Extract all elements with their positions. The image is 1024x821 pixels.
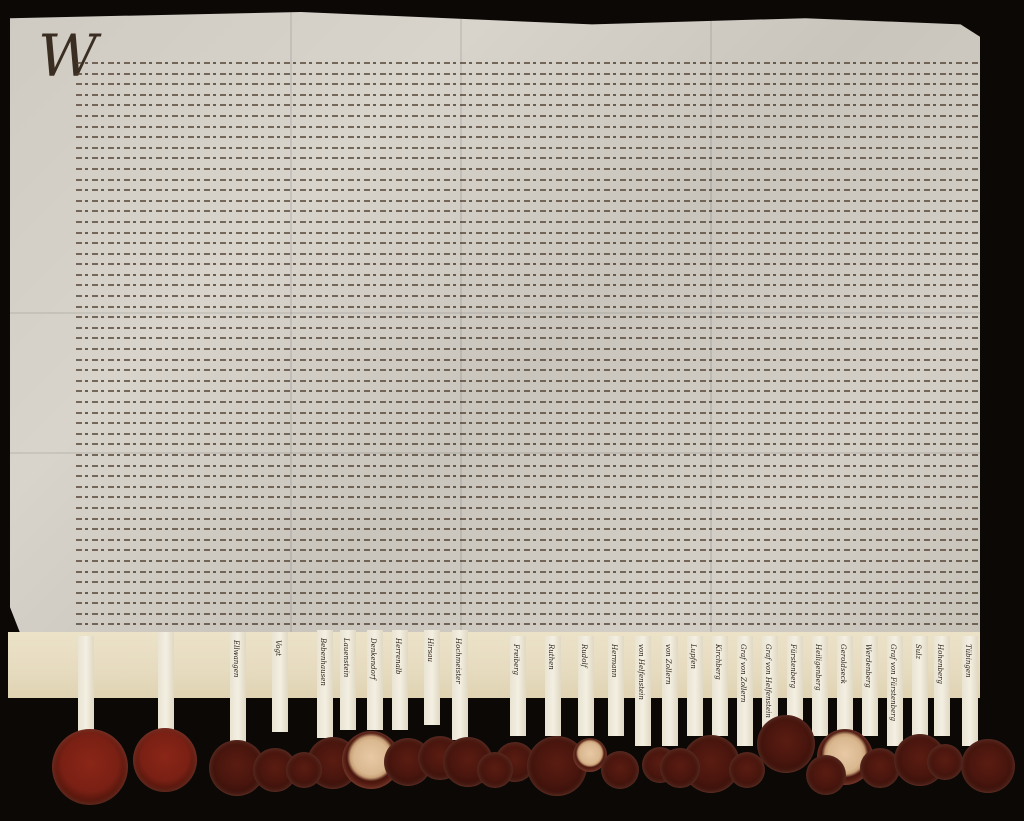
seal-tag: Hochmeister bbox=[452, 630, 468, 740]
text-line bbox=[76, 602, 981, 604]
seal-tag-label: Denkendorf bbox=[369, 638, 377, 680]
text-line bbox=[76, 401, 981, 403]
text-line bbox=[76, 327, 981, 329]
seal-tag: Bebenhausen bbox=[317, 630, 333, 738]
text-line bbox=[76, 486, 981, 488]
text-line bbox=[76, 274, 981, 276]
text-line bbox=[76, 496, 981, 498]
seal-tag: Tübingen bbox=[962, 636, 978, 746]
text-line bbox=[76, 232, 981, 234]
text-line bbox=[76, 115, 981, 117]
seal-tag-label: Freiberg bbox=[512, 644, 520, 675]
charter-text-block bbox=[76, 62, 981, 622]
seal-tag-label: von Zollern bbox=[664, 644, 672, 684]
seal-tag: Geroldseck bbox=[837, 636, 853, 736]
seal-tag: Graf von Fürstenberg bbox=[887, 636, 903, 746]
seal-tag: Hermann bbox=[608, 636, 624, 736]
seal-tag-label: Bebenhausen bbox=[319, 638, 327, 686]
seal-tag-label: Kirchberg bbox=[714, 644, 722, 680]
seal-tag-label: Herrenalb bbox=[394, 638, 402, 674]
seal-tag bbox=[158, 632, 174, 732]
text-line bbox=[76, 168, 981, 170]
text-line bbox=[76, 412, 981, 414]
text-line bbox=[76, 306, 981, 308]
text-line bbox=[76, 518, 981, 520]
seal-tag-label: Fürstenberg bbox=[789, 644, 797, 688]
seal-tag: Hirsau bbox=[424, 630, 440, 725]
seal-tag-label: Tübingen bbox=[964, 644, 972, 678]
text-line bbox=[76, 284, 981, 286]
text-line bbox=[76, 179, 981, 181]
text-line bbox=[76, 571, 981, 573]
wax-seal bbox=[477, 752, 513, 788]
seal-tag-label: Ellwangen bbox=[232, 640, 240, 677]
seal-tag-label: Ruthen bbox=[547, 644, 555, 670]
text-line bbox=[76, 83, 981, 85]
text-line bbox=[76, 560, 981, 562]
seal-tag: Heiligenberg bbox=[812, 636, 828, 736]
text-line bbox=[76, 592, 981, 594]
text-line bbox=[76, 147, 981, 149]
seal-tag: Vogt bbox=[272, 632, 288, 732]
seal-tag-label: Werdenberg bbox=[864, 644, 872, 688]
text-line bbox=[76, 359, 981, 361]
text-line bbox=[76, 549, 981, 551]
wax-seal bbox=[52, 729, 128, 805]
seal-tag-label: Lupfen bbox=[689, 644, 697, 669]
seal-tag: Sulz bbox=[912, 636, 928, 736]
wax-seal bbox=[660, 748, 700, 788]
text-line bbox=[76, 210, 981, 212]
text-line bbox=[76, 200, 981, 202]
text-line bbox=[76, 613, 981, 615]
text-line bbox=[76, 475, 981, 477]
text-line bbox=[76, 94, 981, 96]
wax-seal bbox=[133, 728, 197, 792]
seal-tag-label: Vogt bbox=[274, 640, 282, 656]
text-line bbox=[76, 62, 981, 64]
seal-tag-label: Hermann bbox=[610, 644, 618, 677]
seal-tag: von Helfenstein bbox=[635, 636, 651, 746]
seal-tag-label: Heiligenberg bbox=[814, 644, 822, 691]
text-line bbox=[76, 221, 981, 223]
seal-tag: Ruthen bbox=[545, 636, 561, 736]
seal-tag: Freiberg bbox=[510, 636, 526, 736]
seal-tag: Ellwangen bbox=[230, 632, 246, 742]
seal-tag: Lupfen bbox=[687, 636, 703, 736]
seal-tag bbox=[78, 636, 94, 744]
text-line bbox=[76, 433, 981, 435]
text-line bbox=[76, 189, 981, 191]
seal-tag: Werdenberg bbox=[862, 636, 878, 736]
text-line bbox=[76, 528, 981, 530]
text-line bbox=[76, 443, 981, 445]
wax-seal bbox=[286, 752, 322, 788]
text-line bbox=[76, 253, 981, 255]
seal-tag: Rudolf bbox=[578, 636, 594, 736]
parchment-charter: W bbox=[10, 12, 980, 632]
seal-tag-label: Graf von Fürstenberg bbox=[889, 644, 897, 721]
seal-tag: Lauenstein bbox=[340, 630, 356, 730]
plica-fold bbox=[8, 632, 980, 698]
text-line bbox=[76, 136, 981, 138]
text-line bbox=[76, 242, 981, 244]
text-line bbox=[76, 316, 981, 318]
text-line bbox=[76, 623, 981, 625]
text-line bbox=[76, 337, 981, 339]
seal-tag-label: Geroldseck bbox=[839, 644, 847, 684]
seal-tag-label: Rudolf bbox=[580, 644, 588, 667]
seal-tag-label: Hirsau bbox=[426, 638, 434, 662]
text-line bbox=[76, 507, 981, 509]
seal-tag: Hohenberg bbox=[934, 636, 950, 736]
text-line bbox=[76, 380, 981, 382]
seal-tag-label: Hohenberg bbox=[936, 644, 944, 684]
text-line bbox=[76, 295, 981, 297]
seal-tag-label: Graf von Helfenstein bbox=[764, 644, 772, 718]
text-line bbox=[76, 390, 981, 392]
text-line bbox=[76, 369, 981, 371]
text-line bbox=[76, 104, 981, 106]
wax-seal bbox=[806, 755, 846, 795]
seal-tag: Herrenalb bbox=[392, 630, 408, 730]
seal-tag-label: Lauenstein bbox=[342, 638, 350, 677]
text-line bbox=[76, 348, 981, 350]
wax-seal bbox=[601, 751, 639, 789]
text-line bbox=[76, 581, 981, 583]
wax-seal bbox=[757, 715, 815, 773]
text-line bbox=[76, 422, 981, 424]
text-line bbox=[76, 454, 981, 456]
text-line bbox=[76, 539, 981, 541]
wax-seal bbox=[961, 739, 1015, 793]
seal-tag-label: Hochmeister bbox=[454, 638, 462, 684]
seal-tag: Kirchberg bbox=[712, 636, 728, 736]
text-line bbox=[76, 465, 981, 467]
text-line bbox=[76, 157, 981, 159]
seal-tag: von Zollern bbox=[662, 636, 678, 746]
seal-tag: Denkendorf bbox=[367, 630, 383, 730]
wax-seal bbox=[927, 744, 963, 780]
seal-tag: Graf von Zollern bbox=[737, 636, 753, 746]
text-line bbox=[76, 73, 981, 75]
seal-tag-label: von Helfenstein bbox=[637, 644, 645, 700]
seal-tag-label: Graf von Zollern bbox=[739, 644, 747, 702]
seal-tag-label: Sulz bbox=[914, 644, 922, 659]
text-line bbox=[76, 126, 981, 128]
text-line bbox=[76, 263, 981, 265]
